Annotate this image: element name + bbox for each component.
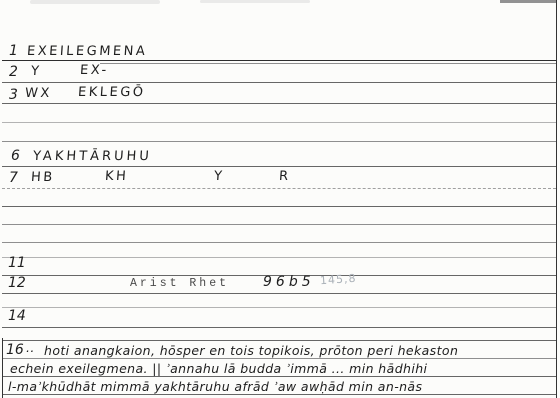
scan-edge-mark: [500, 0, 556, 3]
ruled-line: [2, 188, 556, 189]
ruled-line: [2, 141, 556, 142]
ruled-line: [2, 82, 556, 83]
row-number: 6: [11, 148, 20, 164]
ruled-line: [2, 358, 556, 359]
row-number: 2: [9, 64, 18, 80]
ruled-line: [2, 166, 556, 167]
citation-typed: Arist Rhet: [130, 277, 229, 290]
row-number: 16: [6, 342, 24, 358]
ruled-line: [2, 293, 556, 294]
ruled-line: [2, 242, 556, 243]
citation-line-1: hoti anangkaion, hōsper en tois topikois…: [44, 343, 458, 358]
ellipsis: ..: [26, 340, 35, 355]
siglum: Y: [30, 64, 42, 79]
greek-prefix: EX-: [79, 63, 109, 78]
lemma-arabic: YAKHTĀRUHU: [32, 149, 152, 164]
row-number: 1: [9, 43, 18, 59]
ruled-line: [2, 340, 556, 341]
citation-line-3: l-maʾkhūdhāt mimmā yakhtāruhu afrād ʾaw …: [8, 379, 422, 394]
ruled-line: [2, 224, 556, 225]
row-number: 3: [9, 87, 18, 103]
page-stamp: 145,8: [320, 272, 357, 288]
siglum: R: [278, 169, 291, 184]
index-card: 1 EXEILEGMENA 2 Y EX- 3 WX EKLEGŌ 6 YAKH…: [0, 0, 560, 398]
lemma-greek: EXEILEGMENA: [26, 44, 147, 59]
ruled-line: [2, 394, 556, 395]
ruled-line: [2, 122, 556, 123]
bekker-reference: 96b5: [263, 274, 315, 290]
scan-smudge: [200, 0, 310, 3]
ruled-line: [2, 206, 556, 207]
siglum: Y: [213, 169, 225, 184]
citation-line-2: echein exeilegmena. || ʾannahu lā budda …: [10, 361, 427, 376]
ruled-line: [100, 63, 556, 64]
ruled-line: [2, 60, 556, 61]
row-number: 12: [8, 275, 26, 291]
siglum: HB: [30, 170, 55, 185]
ruled-line: [2, 376, 556, 377]
row-number: 14: [8, 308, 26, 324]
card-right-border: [556, 0, 557, 398]
paragraph-left-border: [2, 338, 3, 398]
ruled-line: [2, 103, 556, 104]
ruled-line: [2, 257, 556, 258]
siglum: KH: [104, 169, 128, 184]
row-number: 7: [9, 170, 18, 186]
siglum: WX: [24, 86, 52, 101]
ruled-line: [2, 327, 556, 328]
row-number: 11: [8, 255, 26, 271]
ruled-line: [2, 307, 556, 308]
scan-smudge: [30, 0, 160, 4]
lemma-greek-verb: EKLEGŌ: [77, 85, 146, 100]
